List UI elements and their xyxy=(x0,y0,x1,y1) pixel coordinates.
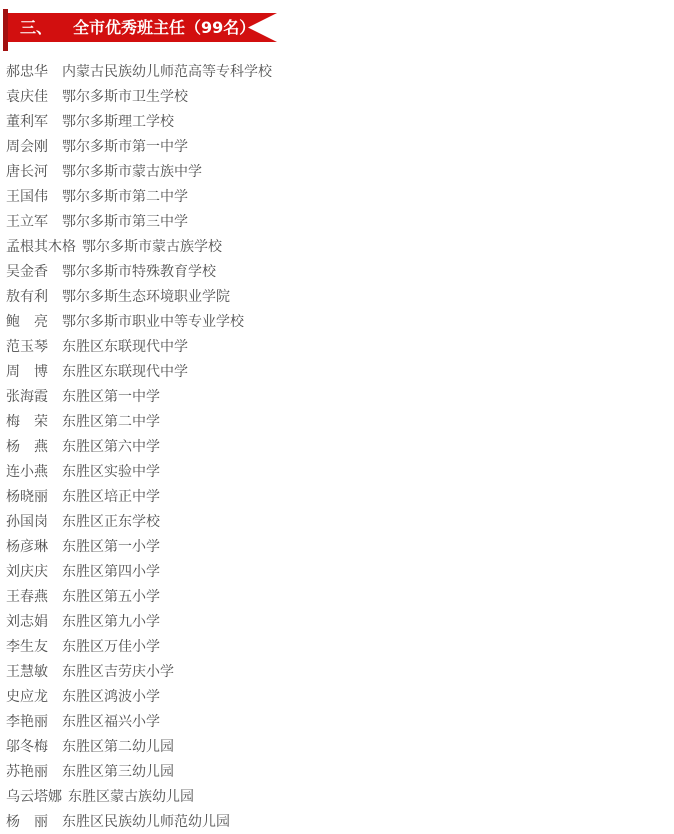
awardee-name: 董利军 xyxy=(6,110,56,135)
awardee-name: 连小燕 xyxy=(6,460,56,485)
awardee-school: 鄂尔多斯生态环境职业学院 xyxy=(62,289,230,305)
list-item: 李艳丽东胜区福兴小学 xyxy=(0,710,674,735)
list-item: 孟根其木格鄂尔多斯市蒙古族学校 xyxy=(0,235,674,260)
awardee-name: 王国伟 xyxy=(6,185,56,210)
awardee-school: 东胜区鸿波小学 xyxy=(62,689,160,705)
page: 三、全市优秀班主任（99名） 郝忠华内蒙古民族幼儿师范高等专科学校袁庆佳鄂尔多斯… xyxy=(0,0,674,834)
awardee-name: 吴金香 xyxy=(6,260,56,285)
section-number: 三、 xyxy=(20,13,52,42)
awardee-name: 杨彦琳 xyxy=(6,535,56,560)
list-item: 李生友东胜区万佳小学 xyxy=(0,635,674,660)
awardee-name: 周会刚 xyxy=(6,135,56,160)
awardee-school: 鄂尔多斯市第三中学 xyxy=(62,214,188,230)
awardee-name: 杨 燕 xyxy=(6,435,56,460)
list-item: 梅 荣东胜区第二中学 xyxy=(0,410,674,435)
awardee-name: 张海霞 xyxy=(6,385,56,410)
awardee-name: 刘志娟 xyxy=(6,610,56,635)
awardee-school: 东胜区第五小学 xyxy=(62,589,160,605)
list-item: 苏艳丽东胜区第三幼儿园 xyxy=(0,760,674,785)
awardee-name: 李生友 xyxy=(6,635,56,660)
list-item: 杨 丽东胜区民族幼儿师范幼儿园 xyxy=(0,810,674,834)
awardee-name: 孙国岗 xyxy=(6,510,56,535)
list-item: 袁庆佳鄂尔多斯市卫生学校 xyxy=(0,85,674,110)
banner-left-stripe-decoration xyxy=(3,9,8,51)
awardee-name: 鲍 亮 xyxy=(6,310,56,335)
awardee-school: 鄂尔多斯市第二中学 xyxy=(62,189,188,205)
list-item: 杨彦琳东胜区第一小学 xyxy=(0,535,674,560)
list-item: 王慧敏东胜区吉劳庆小学 xyxy=(0,660,674,685)
awardee-name: 杨 丽 xyxy=(6,810,56,834)
awardee-school: 鄂尔多斯市第一中学 xyxy=(62,139,188,155)
awardee-school: 东胜区吉劳庆小学 xyxy=(62,664,174,680)
list-item: 周 博东胜区东联现代中学 xyxy=(0,360,674,385)
awardee-name: 乌云塔娜 xyxy=(6,785,62,810)
awardee-name: 邬冬梅 xyxy=(6,735,56,760)
awardee-school: 东胜区第二幼儿园 xyxy=(62,739,174,755)
awardee-school: 鄂尔多斯理工学校 xyxy=(62,114,174,130)
awardee-school: 东胜区第四小学 xyxy=(62,564,160,580)
awardee-name: 王慧敏 xyxy=(6,660,56,685)
list-item: 刘庆庆东胜区第四小学 xyxy=(0,560,674,585)
awardee-school: 鄂尔多斯市蒙古族学校 xyxy=(82,239,222,255)
awardee-name: 郝忠华 xyxy=(6,60,56,85)
list-item: 孙国岗东胜区正东学校 xyxy=(0,510,674,535)
awardee-name: 敖有利 xyxy=(6,285,56,310)
awardee-school: 东胜区正东学校 xyxy=(62,514,160,530)
list-item: 王国伟鄂尔多斯市第二中学 xyxy=(0,185,674,210)
awardee-school: 内蒙古民族幼儿师范高等专科学校 xyxy=(62,64,272,80)
awardee-name: 梅 荣 xyxy=(6,410,56,435)
awardee-school: 鄂尔多斯市卫生学校 xyxy=(62,89,188,105)
list-item: 刘志娟东胜区第九小学 xyxy=(0,610,674,635)
list-item: 杨晓丽东胜区培正中学 xyxy=(0,485,674,510)
section-title: 全市优秀班主任（99名） xyxy=(73,18,255,37)
awardee-school: 东胜区福兴小学 xyxy=(62,714,160,730)
list-item: 敖有利鄂尔多斯生态环境职业学院 xyxy=(0,285,674,310)
awardee-school: 东胜区实验中学 xyxy=(62,464,160,480)
awardee-name: 王春燕 xyxy=(6,585,56,610)
awardee-school: 鄂尔多斯市职业中等专业学校 xyxy=(62,314,244,330)
awardee-name: 李艳丽 xyxy=(6,710,56,735)
list-item: 鲍 亮鄂尔多斯市职业中等专业学校 xyxy=(0,310,674,335)
awardee-school: 东胜区东联现代中学 xyxy=(62,364,188,380)
awardee-name: 刘庆庆 xyxy=(6,560,56,585)
awardee-school: 东胜区第一小学 xyxy=(62,539,160,555)
list-item: 范玉琴东胜区东联现代中学 xyxy=(0,335,674,360)
awardee-school: 鄂尔多斯市蒙古族中学 xyxy=(62,164,202,180)
list-item: 吴金香鄂尔多斯市特殊教育学校 xyxy=(0,260,674,285)
awardee-name: 周 博 xyxy=(6,360,56,385)
list-item: 史应龙东胜区鸿波小学 xyxy=(0,685,674,710)
awardee-school: 东胜区东联现代中学 xyxy=(62,339,188,355)
awardee-school: 东胜区第二中学 xyxy=(62,414,160,430)
awardee-school: 东胜区培正中学 xyxy=(62,489,160,505)
section-ribbon: 三、全市优秀班主任（99名） xyxy=(8,13,277,42)
list-item: 王春燕东胜区第五小学 xyxy=(0,585,674,610)
awardee-school: 东胜区第六中学 xyxy=(62,439,160,455)
list-item: 杨 燕东胜区第六中学 xyxy=(0,435,674,460)
list-item: 连小燕东胜区实验中学 xyxy=(0,460,674,485)
awardee-school: 东胜区民族幼儿师范幼儿园 xyxy=(62,814,230,830)
awardee-school: 鄂尔多斯市特殊教育学校 xyxy=(62,264,216,280)
section-banner: 三、全市优秀班主任（99名） xyxy=(0,0,674,51)
awardee-name: 唐长河 xyxy=(6,160,56,185)
awardee-name: 袁庆佳 xyxy=(6,85,56,110)
awardee-name: 孟根其木格 xyxy=(6,235,76,260)
list-item: 郝忠华内蒙古民族幼儿师范高等专科学校 xyxy=(0,60,674,85)
awardee-name: 王立军 xyxy=(6,210,56,235)
list-item: 董利军鄂尔多斯理工学校 xyxy=(0,110,674,135)
list-item: 周会刚鄂尔多斯市第一中学 xyxy=(0,135,674,160)
list-item: 邬冬梅东胜区第二幼儿园 xyxy=(0,735,674,760)
awardee-school: 东胜区第三幼儿园 xyxy=(62,764,174,780)
list-item: 张海霞东胜区第一中学 xyxy=(0,385,674,410)
awardee-name: 杨晓丽 xyxy=(6,485,56,510)
awardee-school: 东胜区蒙古族幼儿园 xyxy=(68,789,194,805)
list-item: 乌云塔娜东胜区蒙古族幼儿园 xyxy=(0,785,674,810)
awardee-name: 范玉琴 xyxy=(6,335,56,360)
awardee-list: 郝忠华内蒙古民族幼儿师范高等专科学校袁庆佳鄂尔多斯市卫生学校董利军鄂尔多斯理工学… xyxy=(0,51,674,834)
list-item: 唐长河鄂尔多斯市蒙古族中学 xyxy=(0,160,674,185)
awardee-school: 东胜区第一中学 xyxy=(62,389,160,405)
awardee-name: 苏艳丽 xyxy=(6,760,56,785)
awardee-name: 史应龙 xyxy=(6,685,56,710)
awardee-school: 东胜区第九小学 xyxy=(62,614,160,630)
awardee-school: 东胜区万佳小学 xyxy=(62,639,160,655)
list-item: 王立军鄂尔多斯市第三中学 xyxy=(0,210,674,235)
